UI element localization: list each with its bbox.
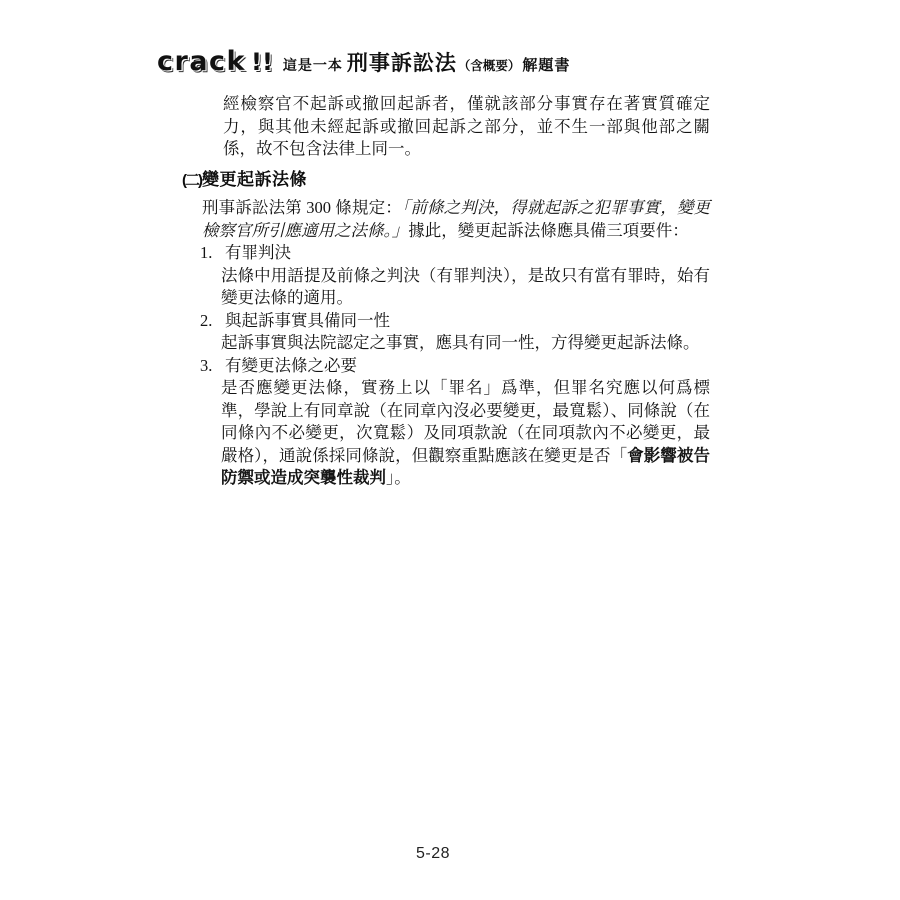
intro-paragraph: 經檢察官不起訴或撤回起訴者，僅就該部分事實存在著實質確定力，與其他未經起訴或撤回… <box>223 93 710 161</box>
list-item-body: 法條中用語提及前條之判決（有罪判決），是故只有當有罪時，始有變更法條的適用。 <box>221 265 710 310</box>
list-item-number: 1. <box>200 242 225 265</box>
book-header: crack !! 這是一本 刑事訴訟法 （含概要） 解題書 <box>157 46 570 77</box>
statute-followup-text: 據此，變更起訴法條應具備三項要件： <box>408 221 689 240</box>
header-title-note: （含概要） <box>458 56 521 74</box>
requirement-list: 1. 有罪判決 法條中用語提及前條之判決（有罪判決），是故只有當有罪時，始有變更… <box>200 242 710 490</box>
book-page: crack !! 這是一本 刑事訴訟法 （含概要） 解題書 經檢察官不起訴或撤回… <box>0 0 900 900</box>
list-item-heading: 3. 有變更法條之必要 <box>200 355 710 378</box>
list-item-title: 有變更法條之必要 <box>225 355 357 378</box>
list-item-body: 是否應變更法條，實務上以「罪名」爲準，但罪名究應以何爲標準，學說上有同章說（在同… <box>221 377 710 490</box>
list-item: 2. 與起訴事實具備同一性 起訴事實與法院認定之事實，應具有同一性，方得變更起訴… <box>200 310 710 355</box>
list-item-tail-text: 」。 <box>386 468 411 487</box>
header-title-suffix: 解題書 <box>522 54 570 75</box>
header-book-title: 刑事訴訟法 <box>347 47 457 77</box>
list-item: 1. 有罪判決 法條中用語提及前條之判決（有罪判決），是故只有當有罪時，始有變更… <box>200 242 710 310</box>
list-item-text: 起訴事實與法院認定之事實，應具有同一性，方得變更起訴法條。 <box>221 333 700 352</box>
list-item-title: 有罪判決 <box>225 242 291 265</box>
section-heading: (二)變更起訴法條 <box>182 169 307 192</box>
list-item: 3. 有變更法條之必要 是否應變更法條，實務上以「罪名」爲準，但罪名究應以何爲標… <box>200 355 710 490</box>
section-heading-text: 變更起訴法條 <box>202 170 307 189</box>
page-number: 5-28 <box>0 845 866 863</box>
list-item-heading: 1. 有罪判決 <box>200 242 710 265</box>
list-item-text: 法條中用語提及前條之判決（有罪判決），是故只有當有罪時，始有變更法條的適用。 <box>221 266 710 308</box>
statute-paragraph: 刑事訴訟法第 300 條規定：「前條之判決，得就起訴之犯罪事實，變更檢察官所引應… <box>202 197 710 242</box>
header-subtitle: 這是一本 <box>283 55 343 75</box>
list-item-title: 與起訴事實具備同一性 <box>225 310 390 333</box>
list-item-body: 起訴事實與法院認定之事實，應具有同一性，方得變更起訴法條。 <box>221 332 710 355</box>
list-item-heading: 2. 與起訴事實具備同一性 <box>200 310 710 333</box>
crack-logo: crack <box>157 46 246 77</box>
list-item-number: 3. <box>200 355 225 378</box>
statute-intro-text: 刑事訴訟法第 300 條規定： <box>202 198 402 217</box>
section-marker: (二) <box>182 172 201 189</box>
crack-logo-exclamations: !! <box>251 48 273 76</box>
list-item-number: 2. <box>200 310 225 333</box>
